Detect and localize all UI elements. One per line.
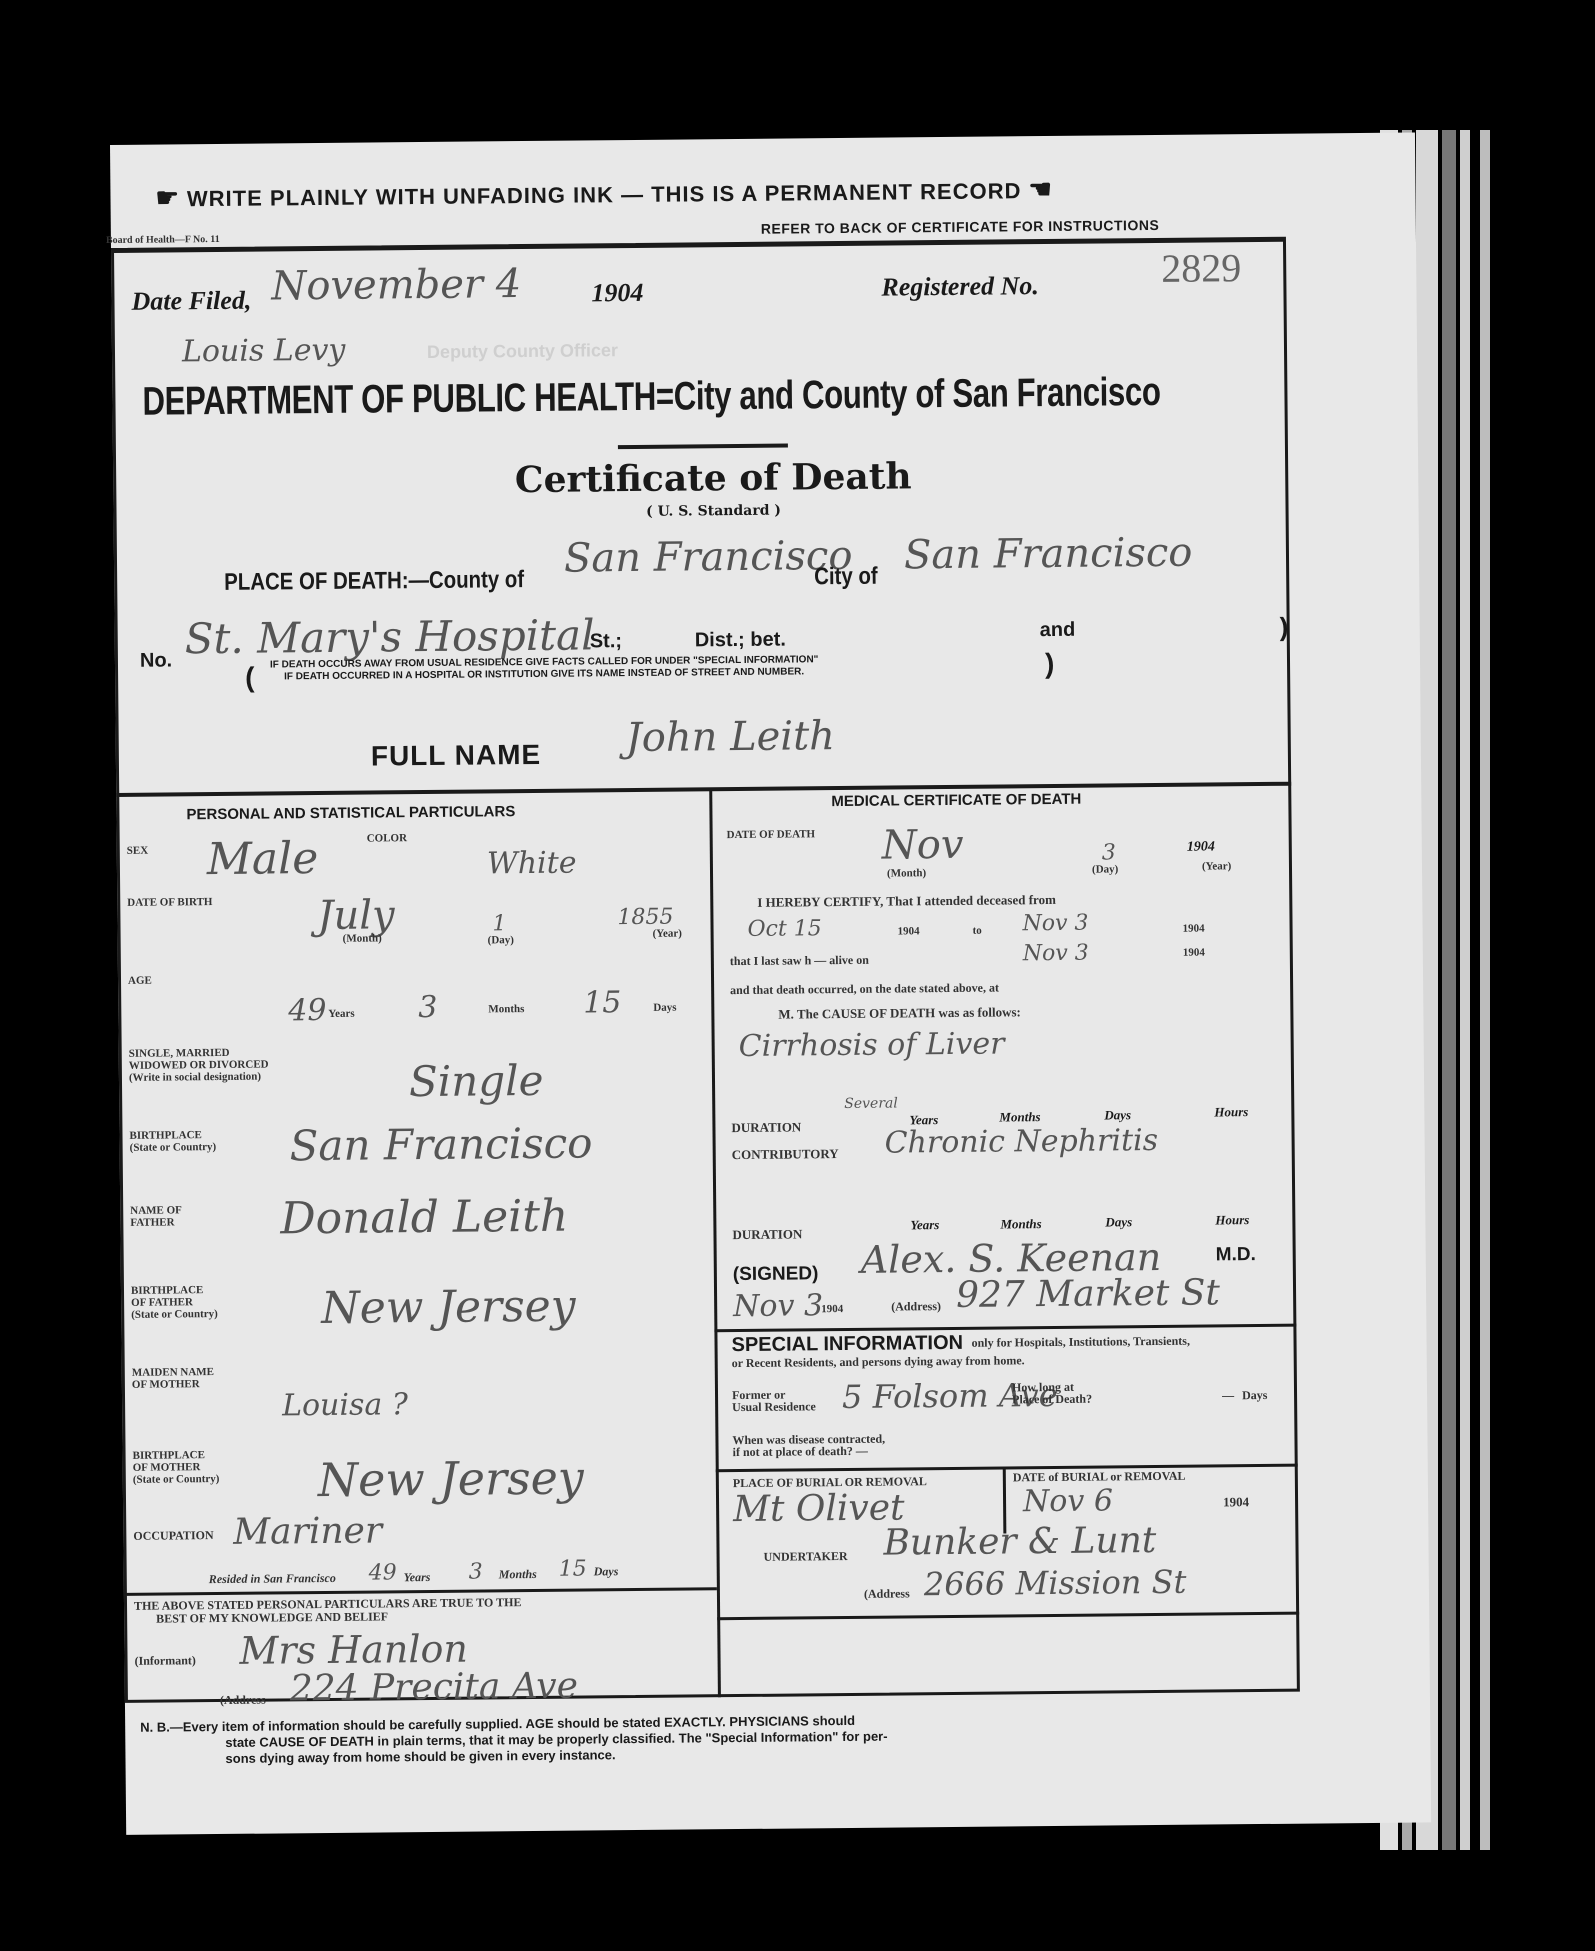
- instructions-note: REFER TO BACK OF CERTIFICATE FOR INSTRUC…: [761, 217, 1160, 237]
- attended-to-year: 1904: [1183, 923, 1205, 935]
- dob-label: DATE OF BIRTH: [127, 896, 212, 909]
- marital-value: Single: [409, 1056, 544, 1106]
- physician-address: 927 Market St: [956, 1272, 1220, 1316]
- resided-years: 49: [369, 1560, 397, 1585]
- signed-year: 1904: [821, 1303, 843, 1315]
- signed-label: (SIGNED): [733, 1263, 819, 1286]
- county-value: San Francisco: [564, 533, 853, 582]
- undertaker-value: Bunker & Lunt: [883, 1520, 1156, 1564]
- undertaker-address: 2666 Mission St: [924, 1563, 1187, 1604]
- resided-years-label: Years: [404, 1570, 431, 1585]
- attended-from: Oct 15: [747, 916, 821, 942]
- father-bp-label-line-2: OF FATHER: [131, 1296, 218, 1309]
- last-saw-year: 1904: [1183, 947, 1205, 959]
- cause-text: M. The CAUSE OF DEATH was as follows:: [778, 1006, 1021, 1020]
- and-label: and: [1040, 619, 1076, 642]
- birthplace-value: San Francisco: [289, 1118, 592, 1170]
- district-label: Dist.; bet.: [695, 629, 786, 653]
- mother-bp-label-line-3: (State or Country): [133, 1473, 220, 1486]
- resided-months: 3: [469, 1559, 483, 1584]
- to-label: to: [973, 925, 982, 937]
- full-name-label: FULL NAME: [371, 739, 542, 773]
- age-months: 3: [418, 990, 437, 1025]
- mother-name-value: Louisa ?: [282, 1387, 408, 1423]
- contracted-value: —: [856, 1444, 868, 1458]
- duration-value: Several: [844, 1095, 898, 1112]
- cause-value: Cirrhosis of Liver: [739, 1026, 1005, 1064]
- certificate-title: Certificate of Death: [473, 455, 953, 502]
- contracted-label-line-2: if not at place of death?: [733, 1444, 853, 1459]
- marital-label-line-3: (Write in social designation): [129, 1071, 269, 1084]
- special-subheading-1: only for Hospitals, Institutions, Transi…: [971, 1335, 1189, 1349]
- mother-birthplace-value: New Jersey: [318, 1451, 584, 1508]
- duration-days-label: Days: [1104, 1107, 1131, 1123]
- birthplace-label-line-2: (State or Country): [130, 1141, 217, 1154]
- former-label-line-2: Usual Residence: [732, 1400, 816, 1413]
- informant-address: 224 Precita Ave: [290, 1666, 579, 1710]
- age-days: 15: [583, 985, 622, 1020]
- father-name-value: Donald Leith: [280, 1191, 568, 1245]
- full-name-value: John Leith: [625, 713, 835, 761]
- dod-day: 3: [1102, 840, 1116, 865]
- resided-label: Resided in San Francisco: [209, 1571, 336, 1587]
- number-label: No.: [140, 649, 172, 672]
- informant-address-label: (Address: [220, 1694, 266, 1706]
- attest-text: THE ABOVE STATED PERSONAL PARTICULARS AR…: [134, 1596, 522, 1626]
- dod-day-label: (Day): [1092, 863, 1118, 875]
- informant-label: (Informant): [134, 1654, 195, 1667]
- duration-2-label: DURATION: [732, 1228, 802, 1241]
- mother-bp-label-line-1: BIRTHPLACE: [133, 1449, 220, 1462]
- how-long-days-label: Days: [1242, 1389, 1267, 1401]
- burial-year: 1904: [1223, 1496, 1249, 1508]
- dod-year-label: (Year): [1202, 860, 1231, 872]
- how-long-label-line-2: Place of Death?: [1012, 1393, 1092, 1406]
- father-bp-label-line-1: BIRTHPLACE: [131, 1284, 218, 1297]
- nb-footnote: N. B.—Every item of information should b…: [140, 1713, 888, 1768]
- informant-name: Mrs Hanlon: [239, 1627, 468, 1673]
- mother-bp-label-line-2: OF MOTHER: [133, 1461, 220, 1474]
- death-certificate-page: ☛ WRITE PLAINLY WITH UNFADING INK — THIS…: [110, 132, 1431, 1834]
- special-subheading-2: or Recent Residents, and persons dying a…: [732, 1354, 1025, 1369]
- occupation-label: OCCUPATION: [133, 1529, 213, 1542]
- attended-from-year: 1904: [898, 925, 920, 937]
- city-label: City of: [814, 563, 878, 592]
- certify-text: I HEREBY CERTIFY, That I attended deceas…: [757, 894, 1056, 909]
- how-long-value: —: [1222, 1389, 1234, 1401]
- place-of-death-label: PLACE OF DEATH:—County of: [224, 566, 524, 597]
- age-years-label: Years: [328, 1008, 354, 1020]
- mother-name-label: MAIDEN NAME OF MOTHER: [132, 1366, 214, 1391]
- dob-day-label: (Day): [488, 934, 514, 946]
- contracted-label: When was disease contracted, if not at p…: [732, 1433, 885, 1458]
- dob-year-label: (Year): [653, 928, 682, 940]
- signed-date: Nov 3: [733, 1288, 823, 1324]
- color-value: White: [487, 846, 577, 882]
- dod-month-label: (Month): [887, 867, 926, 879]
- father-bp-label-line-3: (State or Country): [131, 1308, 218, 1321]
- sex-value: Male: [207, 833, 319, 885]
- age-days-label: Days: [653, 1002, 676, 1014]
- dod-label: DATE OF DEATH: [727, 828, 816, 841]
- father-label-line-2: FATHER: [130, 1216, 182, 1228]
- paren-open: (: [245, 662, 255, 694]
- last-saw-date: Nov 3: [1023, 941, 1089, 967]
- paren-close-2: ): [1045, 648, 1055, 680]
- registered-number: 2829: [1161, 244, 1241, 292]
- dod-year: 1904: [1187, 839, 1215, 855]
- age-label: AGE: [128, 975, 152, 987]
- resided-days: 15: [559, 1556, 587, 1581]
- contributory-value: Chronic Nephritis: [884, 1123, 1158, 1161]
- contributory-label: CONTRIBUTORY: [732, 1148, 839, 1161]
- father-label-line-1: NAME OF: [130, 1204, 182, 1216]
- pointing-hand-icon: ☛: [155, 182, 180, 212]
- undertaker-address-label: (Address: [864, 1587, 910, 1599]
- md-label: M.D.: [1216, 1244, 1256, 1266]
- dod-month: Nov: [882, 822, 964, 869]
- city-value: San Francisco: [904, 530, 1193, 579]
- duration-2-hours-label: Hours: [1215, 1212, 1249, 1228]
- registered-label: Registered No.: [881, 271, 1039, 303]
- duration-months-label: Months: [999, 1109, 1040, 1125]
- mother-label-line-2: OF MOTHER: [132, 1378, 214, 1391]
- former-residence-label: Former or Usual Residence: [732, 1388, 816, 1413]
- birthplace-label-line-1: BIRTHPLACE: [129, 1129, 216, 1142]
- burial-place-value: Mt Olivet: [733, 1487, 905, 1530]
- attended-to: Nov 3: [1022, 911, 1088, 937]
- mother-label-line-1: MAIDEN NAME: [132, 1366, 214, 1379]
- duration-2-years-label: Years: [910, 1217, 939, 1233]
- registrar-signature: Louis Levy: [182, 333, 346, 370]
- resided-days-label: Days: [594, 1564, 619, 1579]
- dob-year: 1855: [617, 905, 673, 931]
- father-birthplace-label: BIRTHPLACE OF FATHER (State or Country): [131, 1284, 218, 1321]
- marital-label: SINGLE, MARRIED WIDOWED OR DIVORCED (Wri…: [129, 1047, 269, 1084]
- personal-heading: PERSONAL AND STATISTICAL PARTICULARS: [186, 803, 515, 823]
- age-months-label: Months: [488, 1003, 524, 1015]
- street-label: St.;: [590, 630, 622, 653]
- paren-close: ): [1280, 612, 1289, 643]
- burial-date-value: Nov 6: [1023, 1483, 1113, 1519]
- filing-year: 1904: [591, 278, 643, 308]
- date-filed-label: Date Filed,: [131, 286, 251, 317]
- age-years: 49: [288, 993, 327, 1028]
- sex-label: SEX: [127, 845, 149, 857]
- occurred-text: and that death occurred, on the date sta…: [730, 982, 999, 997]
- duration-2-months-label: Months: [1000, 1216, 1041, 1232]
- how-long-label: How long at Place of Death?: [1012, 1381, 1092, 1406]
- dob-day: 1: [492, 911, 506, 936]
- duration-2-days-label: Days: [1105, 1214, 1132, 1230]
- medical-heading: MEDICAL CERTIFICATE OF DEATH: [831, 791, 1081, 810]
- date-filed-value: November 4: [271, 261, 521, 309]
- duration-label: DURATION: [731, 1121, 801, 1134]
- pointing-hand-icon: ☚: [1028, 174, 1053, 204]
- resided-months-label: Months: [499, 1567, 537, 1582]
- last-saw-text: that I last saw h — alive on: [730, 954, 869, 967]
- duration-hours-label: Hours: [1214, 1104, 1248, 1120]
- father-birthplace-value: New Jersey: [321, 1281, 576, 1334]
- undertaker-label: UNDERTAKER: [764, 1550, 848, 1563]
- dob-month-label: (Month): [343, 932, 382, 944]
- occupation-value: Mariner: [233, 1510, 382, 1552]
- physician-address-label: (Address): [891, 1300, 941, 1312]
- burial-date-label: DATE of BURIAL or REMOVAL: [1013, 1470, 1186, 1484]
- father-name-label: NAME OF FATHER: [130, 1204, 182, 1228]
- mother-birthplace-label: BIRTHPLACE OF MOTHER (State or Country): [133, 1449, 220, 1486]
- registrar-stamp: Deputy County Officer: [427, 340, 618, 363]
- death-location: St. Mary's Hospital: [185, 610, 595, 663]
- color-label: COLOR: [367, 832, 407, 844]
- birthplace-label: BIRTHPLACE (State or Country): [129, 1129, 216, 1154]
- form-code: Board of Health—F No. 11: [106, 234, 220, 247]
- banner-text: ☛ WRITE PLAINLY WITH UNFADING INK — THIS…: [155, 174, 1053, 214]
